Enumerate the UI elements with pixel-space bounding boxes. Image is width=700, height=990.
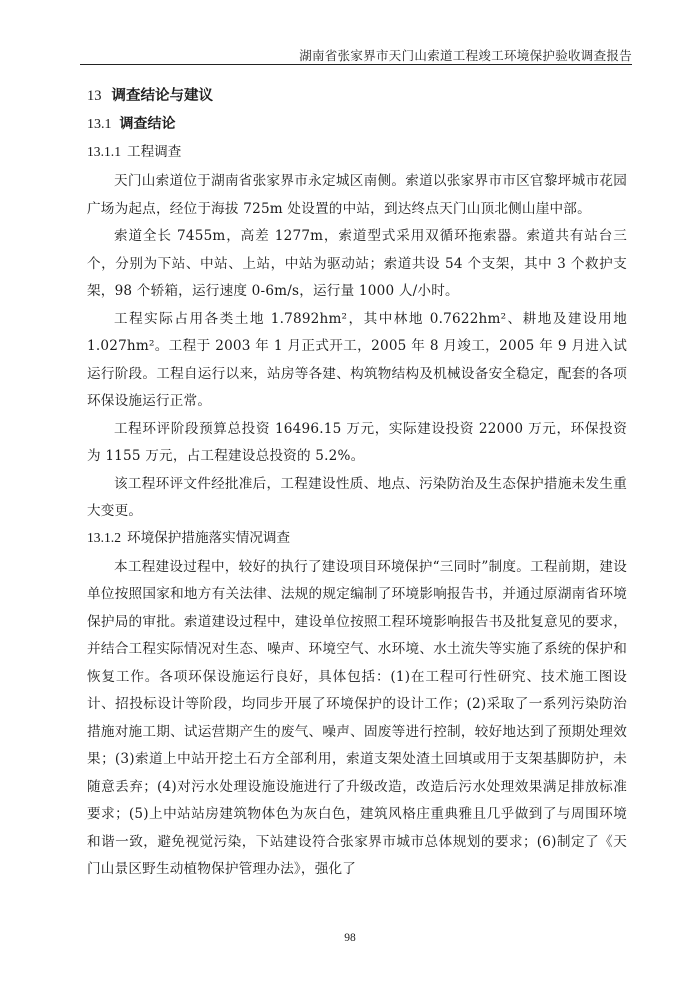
section-number: 13.1: [87, 117, 112, 132]
paragraph-no-changes: 该工程环评文件经批准后，工程建设性质、地点、污染防治及生态保护措施未发生重大变更…: [87, 471, 627, 526]
subsection-number: 13.1.1: [87, 144, 121, 159]
subsection-heading-env-measures: 13.1.2环境保护措施落实情况调查: [87, 528, 627, 548]
document-body: 13调查结论与建议 13.1调查结论 13.1.1工程调查 天门山索道位于湖南省…: [87, 86, 627, 884]
paragraph-specs: 索道全长 7455m，高差 1277m，索道型式采用双循环拖索器。索道共有站台三…: [87, 223, 627, 306]
subsection-number: 13.1.2: [87, 530, 121, 545]
page-number: 98: [0, 932, 700, 944]
chapter-heading: 13调查结论与建议: [87, 86, 627, 106]
subsection-title: 环境保护措施落实情况调查: [127, 530, 290, 546]
paragraph-env-measures: 本工程建设过程中，较好的执行了建设项目环境保护“三同时”制度。工程前期，建设单位…: [87, 554, 627, 884]
running-header: 湖南省张家界市天门山索道工程竣工环境保护验收调查报告: [80, 46, 632, 64]
subsection-title: 工程调查: [127, 144, 181, 160]
paragraph-location: 天门山索道位于湖南省张家界市永定城区南侧。索道以张家界市市区官黎坪城市花园广场为…: [87, 168, 627, 223]
paragraph-investment: 工程环评阶段预算总投资 16496.15 万元，实际建设投资 22000 万元，…: [87, 416, 627, 471]
paragraph-land-schedule: 工程实际占用各类土地 1.7892hm²，其中林地 0.7622hm²、耕地及建…: [87, 306, 627, 416]
header-divider: [80, 64, 632, 65]
chapter-number: 13: [87, 88, 102, 104]
chapter-title: 调查结论与建议: [112, 88, 214, 104]
section-title: 调查结论: [120, 116, 176, 132]
subsection-heading-engineering-survey: 13.1.1工程调查: [87, 142, 627, 162]
section-heading: 13.1调查结论: [87, 114, 627, 135]
